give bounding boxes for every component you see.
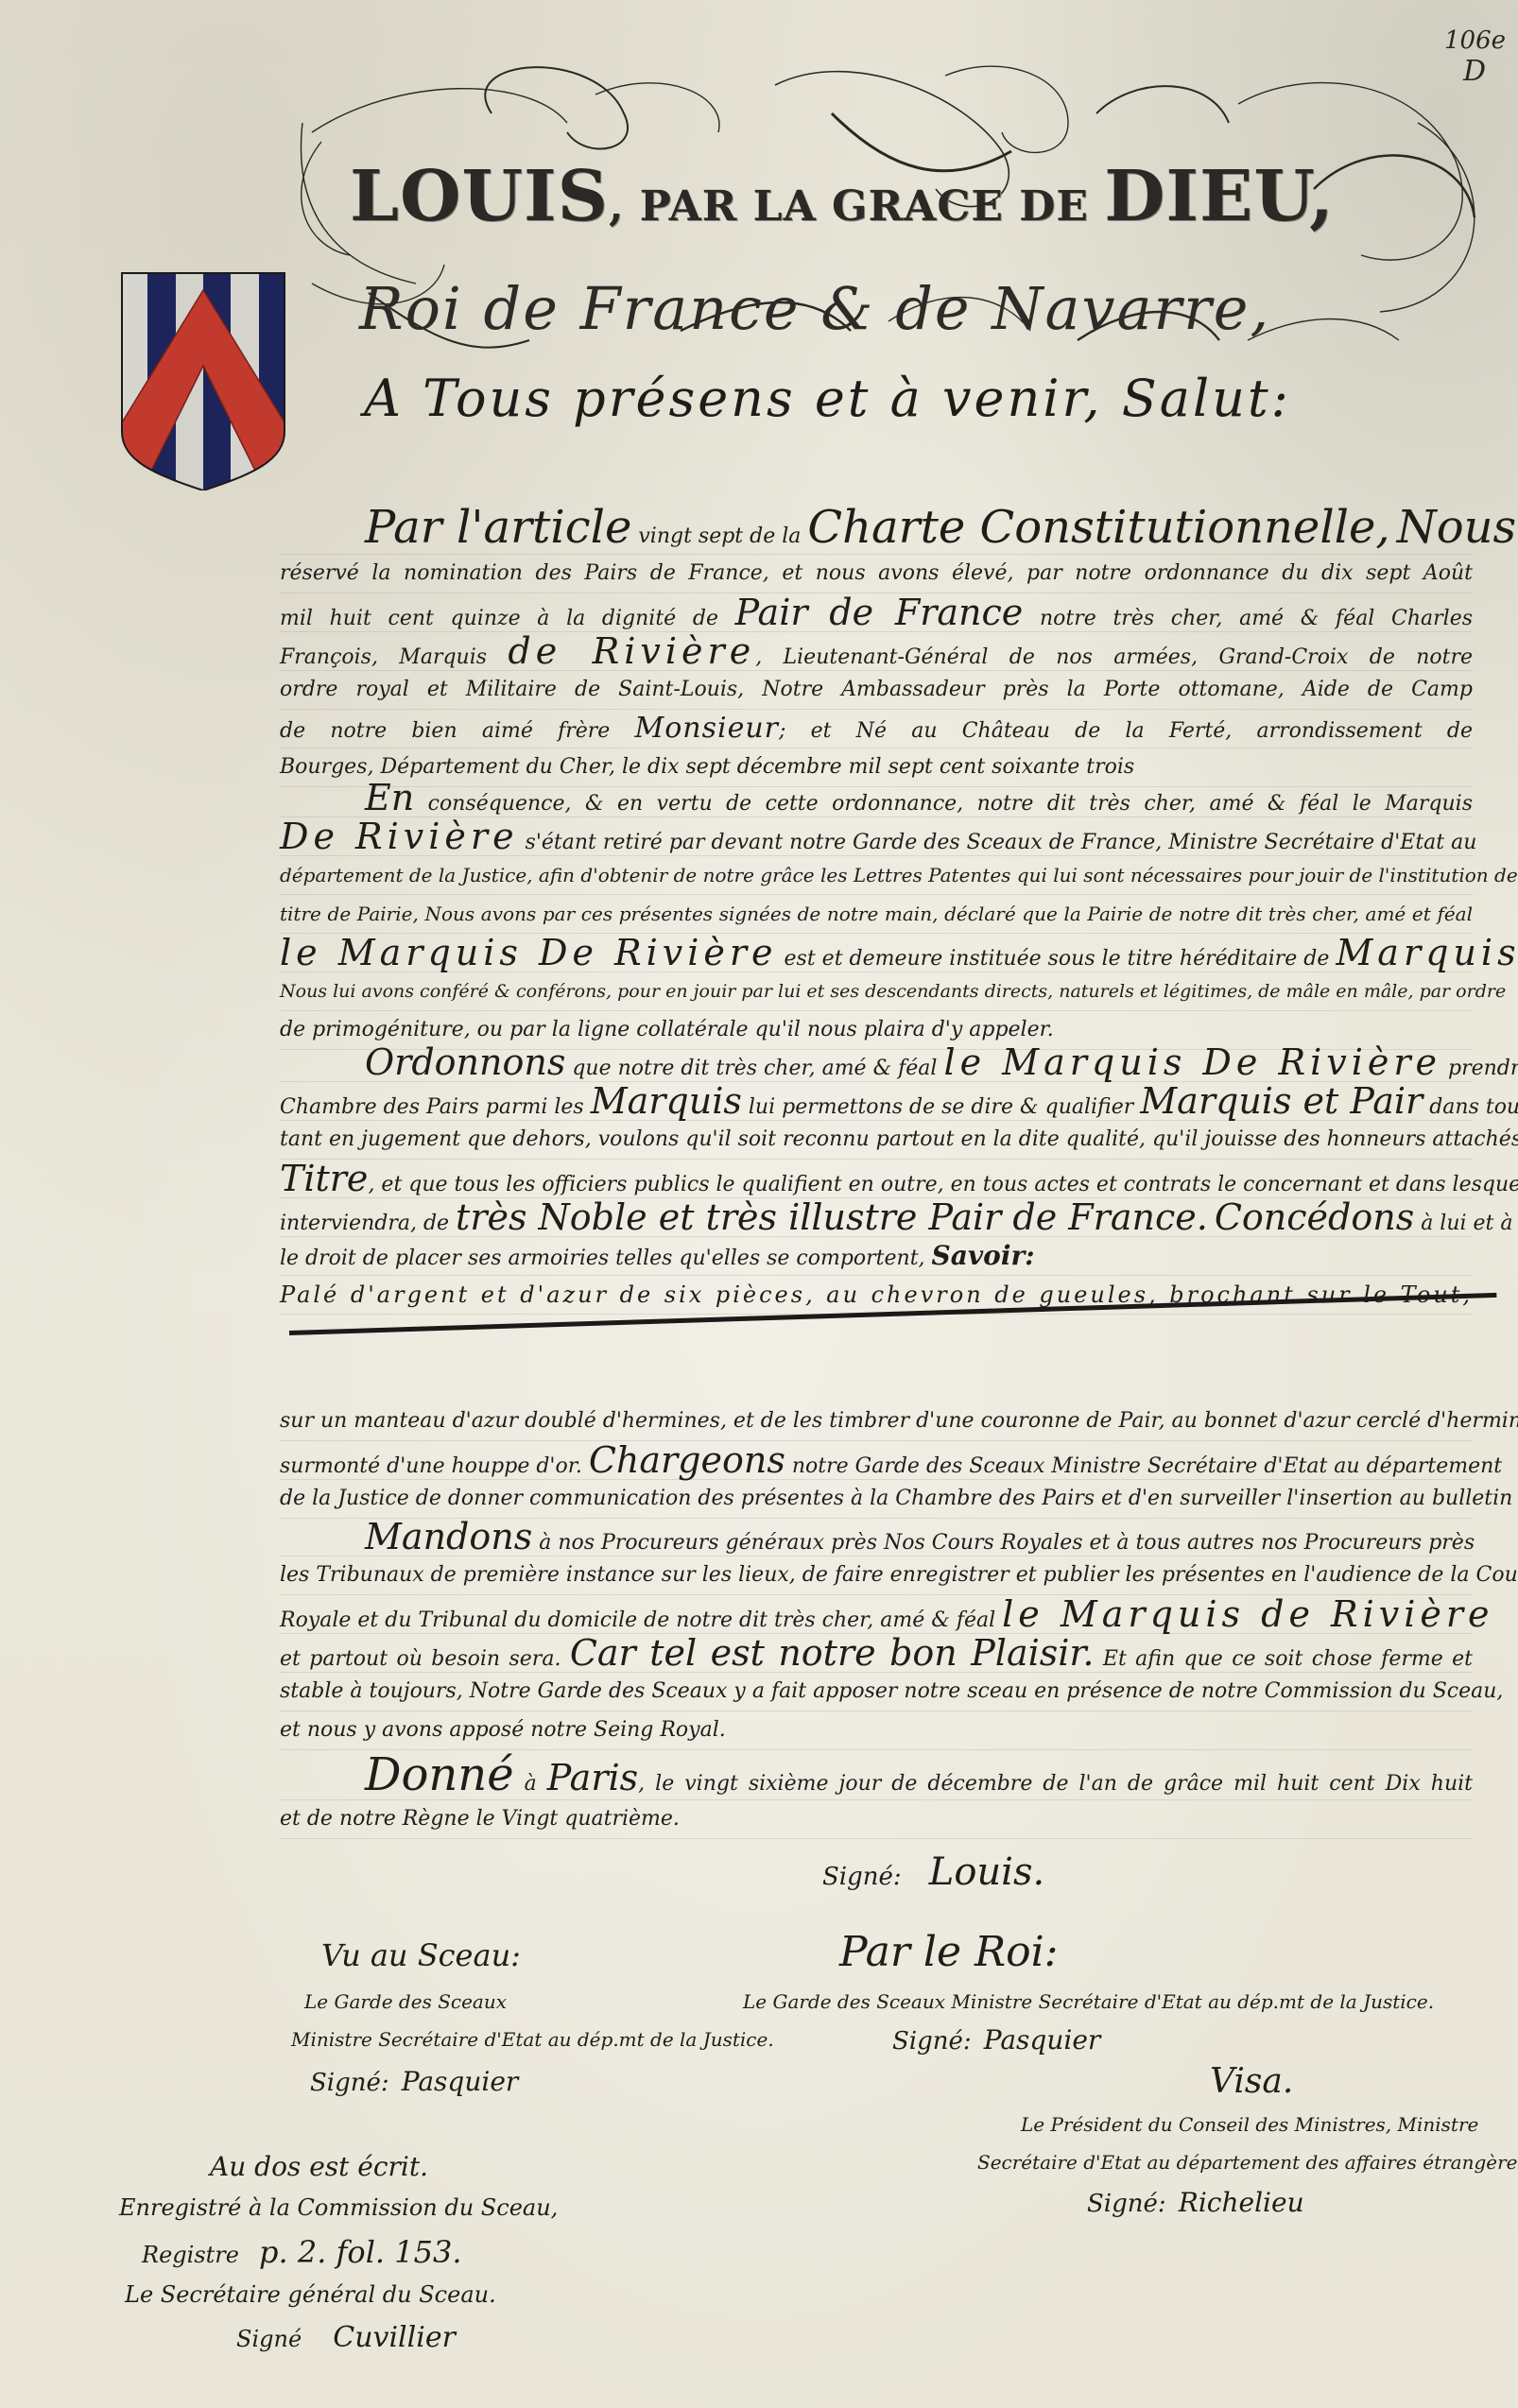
text-run: à lui et à ses successeurs bbox=[1414, 1212, 1518, 1235]
text-emphasis: Mandons bbox=[365, 1516, 532, 1557]
text-emphasis: le Marquis De Rivière bbox=[943, 1041, 1441, 1083]
endorsement-signature: Signé Cuvillier bbox=[236, 2321, 456, 2354]
text-line: De Rivière s'étant retiré par devant not… bbox=[280, 817, 1473, 856]
visa-heading: Visa. bbox=[1210, 2062, 1293, 2101]
text-line: tant en jugement que dehors, voulons qu'… bbox=[280, 1121, 1473, 1160]
text-emphasis: Car tel est notre bon Plaisir. bbox=[570, 1632, 1095, 1674]
visa-office-1: Le Président du Conseil des Ministres, M… bbox=[1021, 2113, 1478, 2136]
par-le-roi-heading: Par le Roi: bbox=[839, 1928, 1059, 1976]
text-run: notre très cher, amé & féal Charles bbox=[1023, 607, 1473, 630]
text-emphasis: Ordonnons bbox=[365, 1041, 565, 1083]
text-emphasis: Titre bbox=[280, 1158, 368, 1199]
title-par-la-grace: , PAR LA GRACE DE bbox=[609, 182, 1104, 231]
text-run: conséquence, & en vertu de cette ordonna… bbox=[414, 792, 1473, 816]
text-line: Titre, et que tous les officiers publics… bbox=[280, 1160, 1473, 1198]
text-line: Chambre des Pairs parmi les Marquis lui … bbox=[280, 1082, 1473, 1121]
text-run: lui permettons de se dire & qualifier bbox=[742, 1095, 1140, 1119]
text-emphasis: le Marquis de Rivière bbox=[1002, 1593, 1493, 1635]
text-line: Nous lui avons conféré & conférons, pour… bbox=[280, 972, 1473, 1011]
text-emphasis: En bbox=[365, 777, 414, 818]
text-run: à nos Procureurs généraux près Nos Cours… bbox=[532, 1531, 1475, 1555]
text-run: vingt sept de la bbox=[631, 525, 807, 548]
text-run: à bbox=[514, 1772, 547, 1796]
text-run: surmonté d'une houppe d'or. bbox=[280, 1454, 589, 1478]
title-dieu: DIEU bbox=[1104, 156, 1309, 237]
text-line: réservé la nomination des Pairs de Franc… bbox=[280, 555, 1473, 593]
text-emphasis: Savoir: bbox=[932, 1240, 1035, 1271]
text-line: ordre royal et Militaire de Saint-Louis,… bbox=[280, 671, 1473, 710]
text-line: stable à toujours, Notre Garde des Sceau… bbox=[280, 1673, 1473, 1711]
text-emphasis: de Rivière bbox=[508, 630, 755, 672]
paragraph-2: En conséquence, & en vertu de cette ordo… bbox=[280, 779, 1473, 1050]
endorsement-line-3: Le Secrétaire général du Sceau. bbox=[125, 2281, 496, 2308]
vu-au-sceau-office-2: Ministre Secrétaire d'Etat au dép.mt de … bbox=[291, 2028, 774, 2051]
text-run: notre Garde des Sceaux Ministre Secrétai… bbox=[785, 1454, 1502, 1478]
endorsement-line-1: Enregistré à la Commission du Sceau, bbox=[119, 2194, 558, 2221]
text-run: , le vingt sixième jour de décembre de l… bbox=[638, 1772, 1473, 1796]
text-line: sur un manteau d'azur doublé d'hermines,… bbox=[280, 1402, 1473, 1441]
registre-reference: p. 2. fol. 153. bbox=[259, 2234, 461, 2270]
text-line: département de la Justice, afin d'obteni… bbox=[280, 856, 1473, 895]
signature-label: Signé: bbox=[892, 2027, 972, 2055]
blazon-line: Palé d'argent et d'azur de six pièces, a… bbox=[280, 1276, 1473, 1315]
text-line: Palé d'argent et d'azur de six pièces, a… bbox=[280, 1276, 1473, 1315]
text-line: de notre bien aimé frère Monsieur; et Né… bbox=[280, 710, 1473, 748]
text-run: Chambre des Pairs parmi les bbox=[280, 1095, 591, 1119]
title-comma: , bbox=[1309, 156, 1335, 237]
text-line: Mandons à nos Procureurs généraux près N… bbox=[280, 1518, 1473, 1557]
signature-label: Signé: bbox=[822, 1863, 902, 1891]
text-run: le droit de placer ses armoiries telles … bbox=[280, 1247, 932, 1270]
text-emphasis: Nous bbox=[1397, 501, 1516, 554]
text-run: dans tous actes et contrats, bbox=[1423, 1095, 1518, 1119]
salutation: A Tous présens et à venir, Salut: bbox=[364, 369, 1291, 428]
par-le-roi-office: Le Garde des Sceaux Ministre Secrétaire … bbox=[743, 1990, 1434, 2013]
text-run: , et que tous les officiers publics le q… bbox=[368, 1173, 1518, 1196]
text-line: Donné à Paris, le vingt sixième jour de … bbox=[280, 1750, 1473, 1800]
text-emphasis: Pair de France bbox=[735, 592, 1024, 633]
vu-au-sceau-heading: Vu au Sceau: bbox=[321, 1937, 521, 1973]
vu-au-sceau-office-1: Le Garde des Sceaux bbox=[304, 1990, 507, 2013]
par-le-roi-signature: Signé: Pasquier bbox=[892, 2024, 1100, 2055]
paragraph-6: Donné à Paris, le vingt sixième jour de … bbox=[280, 1750, 1473, 1839]
text-run: , Lieutenant-Général de nos armées, Gran… bbox=[755, 645, 1473, 669]
visa-signature: Signé: Richelieu bbox=[1087, 2187, 1304, 2218]
text-run: Royale et du Tribunal du domicile de not… bbox=[280, 1608, 1002, 1632]
registre-label: Registre bbox=[142, 2242, 239, 2268]
text-emphasis: Marquis et Pair bbox=[1140, 1080, 1423, 1122]
title-louis: LOUIS bbox=[350, 156, 609, 237]
text-run: prendra rang à la bbox=[1441, 1057, 1518, 1080]
text-line: et nous y avons apposé notre Seing Royal… bbox=[280, 1711, 1473, 1750]
letters-patent-document: 106e D LOUIS, PAR LA GRACE DE DIEU, Roi … bbox=[0, 0, 1518, 2408]
signature-label: Signé bbox=[236, 2326, 302, 2352]
text-run: et partout où besoin sera. bbox=[280, 1647, 570, 1671]
document-title: LOUIS, PAR LA GRACE DE DIEU, bbox=[350, 156, 1335, 237]
endorsement-heading: Au dos est écrit. bbox=[210, 2151, 428, 2182]
text-run: est et demeure instituée sous le titre h… bbox=[778, 947, 1337, 971]
text-run bbox=[1390, 525, 1397, 548]
text-line: Ordonnons que notre dit très cher, amé &… bbox=[280, 1043, 1473, 1082]
vu-au-sceau-signature: Signé: Pasquier bbox=[310, 2066, 518, 2097]
text-emphasis: Paris bbox=[547, 1757, 638, 1798]
paragraph-5: Mandons à nos Procureurs généraux près N… bbox=[280, 1518, 1473, 1750]
text-emphasis: très Noble et très illustre Pair de Fran… bbox=[456, 1196, 1208, 1238]
text-line: titre de Pairie, Nous avons par ces prés… bbox=[280, 895, 1473, 934]
text-run: de notre bien aimé frère bbox=[280, 719, 635, 743]
text-emphasis: Donné bbox=[365, 1748, 514, 1801]
text-emphasis: Chargeons bbox=[589, 1439, 785, 1481]
text-line: surmonté d'une houppe d'or. Chargeons no… bbox=[280, 1441, 1473, 1480]
text-line: mil huit cent quinze à la dignité de Pai… bbox=[280, 593, 1473, 632]
text-run: que notre dit très cher, amé & féal bbox=[565, 1057, 943, 1080]
text-line: Royale et du Tribunal du domicile de not… bbox=[280, 1595, 1473, 1634]
text-line: et de notre Règne le Vingt quatrième. bbox=[280, 1800, 1473, 1839]
signature-name: Pasquier bbox=[402, 2066, 519, 2097]
text-emphasis: Marquis bbox=[1336, 932, 1518, 973]
text-run: s'étant retiré par devant notre Garde de… bbox=[519, 831, 1477, 854]
text-emphasis: Monsieur bbox=[635, 712, 780, 745]
text-line: le droit de placer ses armoiries telles … bbox=[280, 1237, 1473, 1276]
text-emphasis: le Marquis De Rivière bbox=[280, 932, 778, 973]
text-line: de la Justice de donner communication de… bbox=[280, 1480, 1473, 1519]
signature-label: Signé: bbox=[1087, 2190, 1166, 2218]
visa-office-2: Secrétaire d'Etat au département des aff… bbox=[977, 2151, 1518, 2174]
text-emphasis: Par l'article bbox=[365, 501, 631, 554]
document-subtitle: Roi de France & de Navarre, bbox=[359, 274, 1270, 343]
text-line: le Marquis De Rivière est et demeure ins… bbox=[280, 934, 1473, 972]
text-run: Et afin que ce soit chose ferme et bbox=[1095, 1647, 1474, 1671]
folio-number: 106e bbox=[1444, 28, 1506, 53]
text-run: ; et Né au Château de la Ferté, arrondis… bbox=[779, 719, 1473, 743]
text-emphasis: Marquis bbox=[591, 1080, 742, 1122]
text-line: François, Marquis de Rivière, Lieutenant… bbox=[280, 632, 1473, 671]
text-emphasis: De Rivière bbox=[280, 816, 519, 857]
text-line: et partout où besoin sera. Car tel est n… bbox=[280, 1634, 1473, 1673]
text-run: François, Marquis bbox=[280, 645, 508, 669]
text-emphasis: Charte Constitutionnelle, bbox=[807, 501, 1389, 554]
text-run: interviendra, de bbox=[280, 1212, 456, 1235]
king-signature: Signé: Louis. bbox=[822, 1850, 1044, 1894]
paragraph-4: sur un manteau d'azur doublé d'hermines,… bbox=[280, 1402, 1473, 1519]
text-line: interviendra, de très Noble et très illu… bbox=[280, 1198, 1473, 1237]
paragraph-1: Par l'article vingt sept de la Charte Co… bbox=[280, 501, 1473, 787]
signature-name: Cuvillier bbox=[333, 2321, 456, 2354]
text-line: Par l'article vingt sept de la Charte Co… bbox=[280, 501, 1473, 555]
text-run: mil huit cent quinze à la dignité de bbox=[280, 607, 735, 630]
signature-name: Richelieu bbox=[1179, 2187, 1304, 2218]
signature-name: Louis. bbox=[929, 1850, 1044, 1894]
paragraph-3: Ordonnons que notre dit très cher, amé &… bbox=[280, 1043, 1473, 1276]
signature-name: Pasquier bbox=[984, 2024, 1101, 2055]
endorsement-registre: Registre p. 2. fol. 153. bbox=[142, 2234, 462, 2270]
coat-of-arms-icon bbox=[120, 271, 286, 490]
signature-label: Signé: bbox=[310, 2069, 389, 2097]
text-line: En conséquence, & en vertu de cette ordo… bbox=[280, 779, 1473, 817]
text-line: les Tribunaux de première instance sur l… bbox=[280, 1557, 1473, 1595]
text-emphasis: Concédons bbox=[1215, 1196, 1414, 1238]
text-run bbox=[1208, 1212, 1215, 1235]
